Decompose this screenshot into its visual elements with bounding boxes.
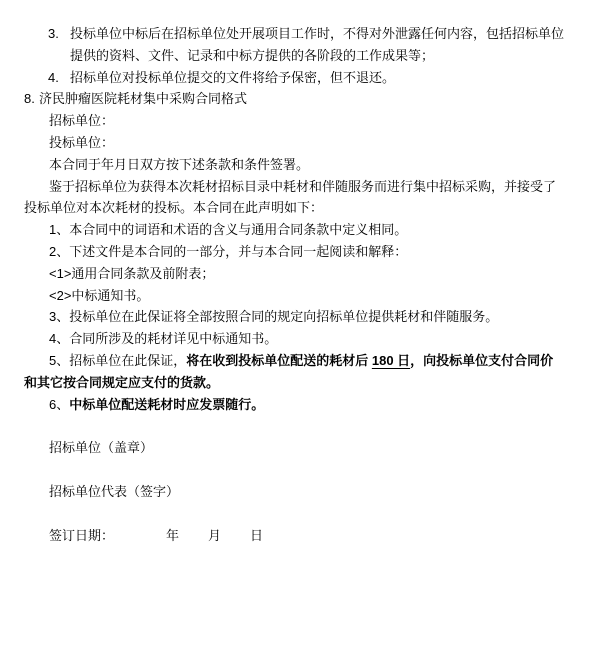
item-number: 3.	[48, 23, 70, 45]
section-title: 济民肿瘤医院耗材集中采购合同格式	[39, 91, 247, 106]
signature-seal-line: 招标单位（盖章）	[24, 437, 565, 459]
sign-date-label: 签订日期：	[49, 528, 114, 543]
confidentiality-item-3: 3.投标单位中标后在招标单位处开展项目工作时，不得对外泄露任何内容，包括招标单位…	[24, 23, 565, 67]
sign-date-year: 年	[166, 528, 179, 543]
contract-clause-3: 3、投标单位在此保证将全部按照合同的规定向招标单位提供耗材和伴随服务。	[24, 306, 565, 328]
clause-5-payment-days: 180 日	[372, 353, 410, 368]
clause-5-prefix: 5、招标单位在此保证，	[49, 353, 186, 368]
item-text: 投标单位中标后在招标单位处开展项目工作时，不得对外泄露任何内容，包括招标单位提供…	[70, 26, 564, 63]
contract-clause-5: 5、招标单位在此保证，将在收到投标单位配送的耗材后 180 日，向投标单位支付合…	[24, 350, 565, 394]
contract-clause-2-sub-1: <1>通用合同条款及前附表；	[24, 263, 565, 285]
tenderer-label: 招标单位：	[24, 110, 565, 132]
sign-date-month: 月	[208, 528, 221, 543]
whereas-paragraph: 鉴于招标单位为获得本次耗材招标目录中耗材和伴随服务而进行集中招标采购，并接受了投…	[24, 176, 565, 220]
sign-date-day: 日	[250, 528, 263, 543]
clause-6-number: 6、	[49, 397, 69, 412]
document-page: 3.投标单位中标后在招标单位处开展项目工作时，不得对外泄露任何内容，包括招标单位…	[0, 0, 589, 672]
sign-date-line: 签订日期：年月日	[24, 525, 565, 547]
contract-clause-1: 1、本合同中的词语和术语的含义与通用合同条款中定义相同。	[24, 219, 565, 241]
bidder-label: 投标单位：	[24, 132, 565, 154]
contract-clause-2: 2、下述文件是本合同的一部分，并与本合同一起阅读和解释：	[24, 241, 565, 263]
clause-5-payment-terms: 将在收到投标单位配送的耗材后	[186, 353, 372, 368]
item-text: 招标单位对投标单位提交的文件将给予保密，但不退还。	[70, 70, 395, 85]
item-number: 4.	[48, 67, 70, 89]
signature-representative-line: 招标单位代表（签字）	[24, 481, 565, 503]
section-number: 8.	[24, 88, 39, 110]
contract-clause-6: 6、中标单位配送耗材时应发票随行。	[24, 394, 565, 416]
confidentiality-item-4: 4.招标单位对投标单位提交的文件将给予保密，但不退还。	[24, 67, 565, 89]
contract-clause-2-sub-2: <2>中标通知书。	[24, 285, 565, 307]
signing-statement: 本合同于年月日双方按下述条款和条件签署。	[24, 154, 565, 176]
section-8-heading: 8.济民肿瘤医院耗材集中采购合同格式	[24, 88, 565, 110]
contract-clause-4: 4、合同所涉及的耗材详见中标通知书。	[24, 328, 565, 350]
clause-6-invoice-rule: 中标单位配送耗材时应发票随行。	[69, 397, 264, 412]
